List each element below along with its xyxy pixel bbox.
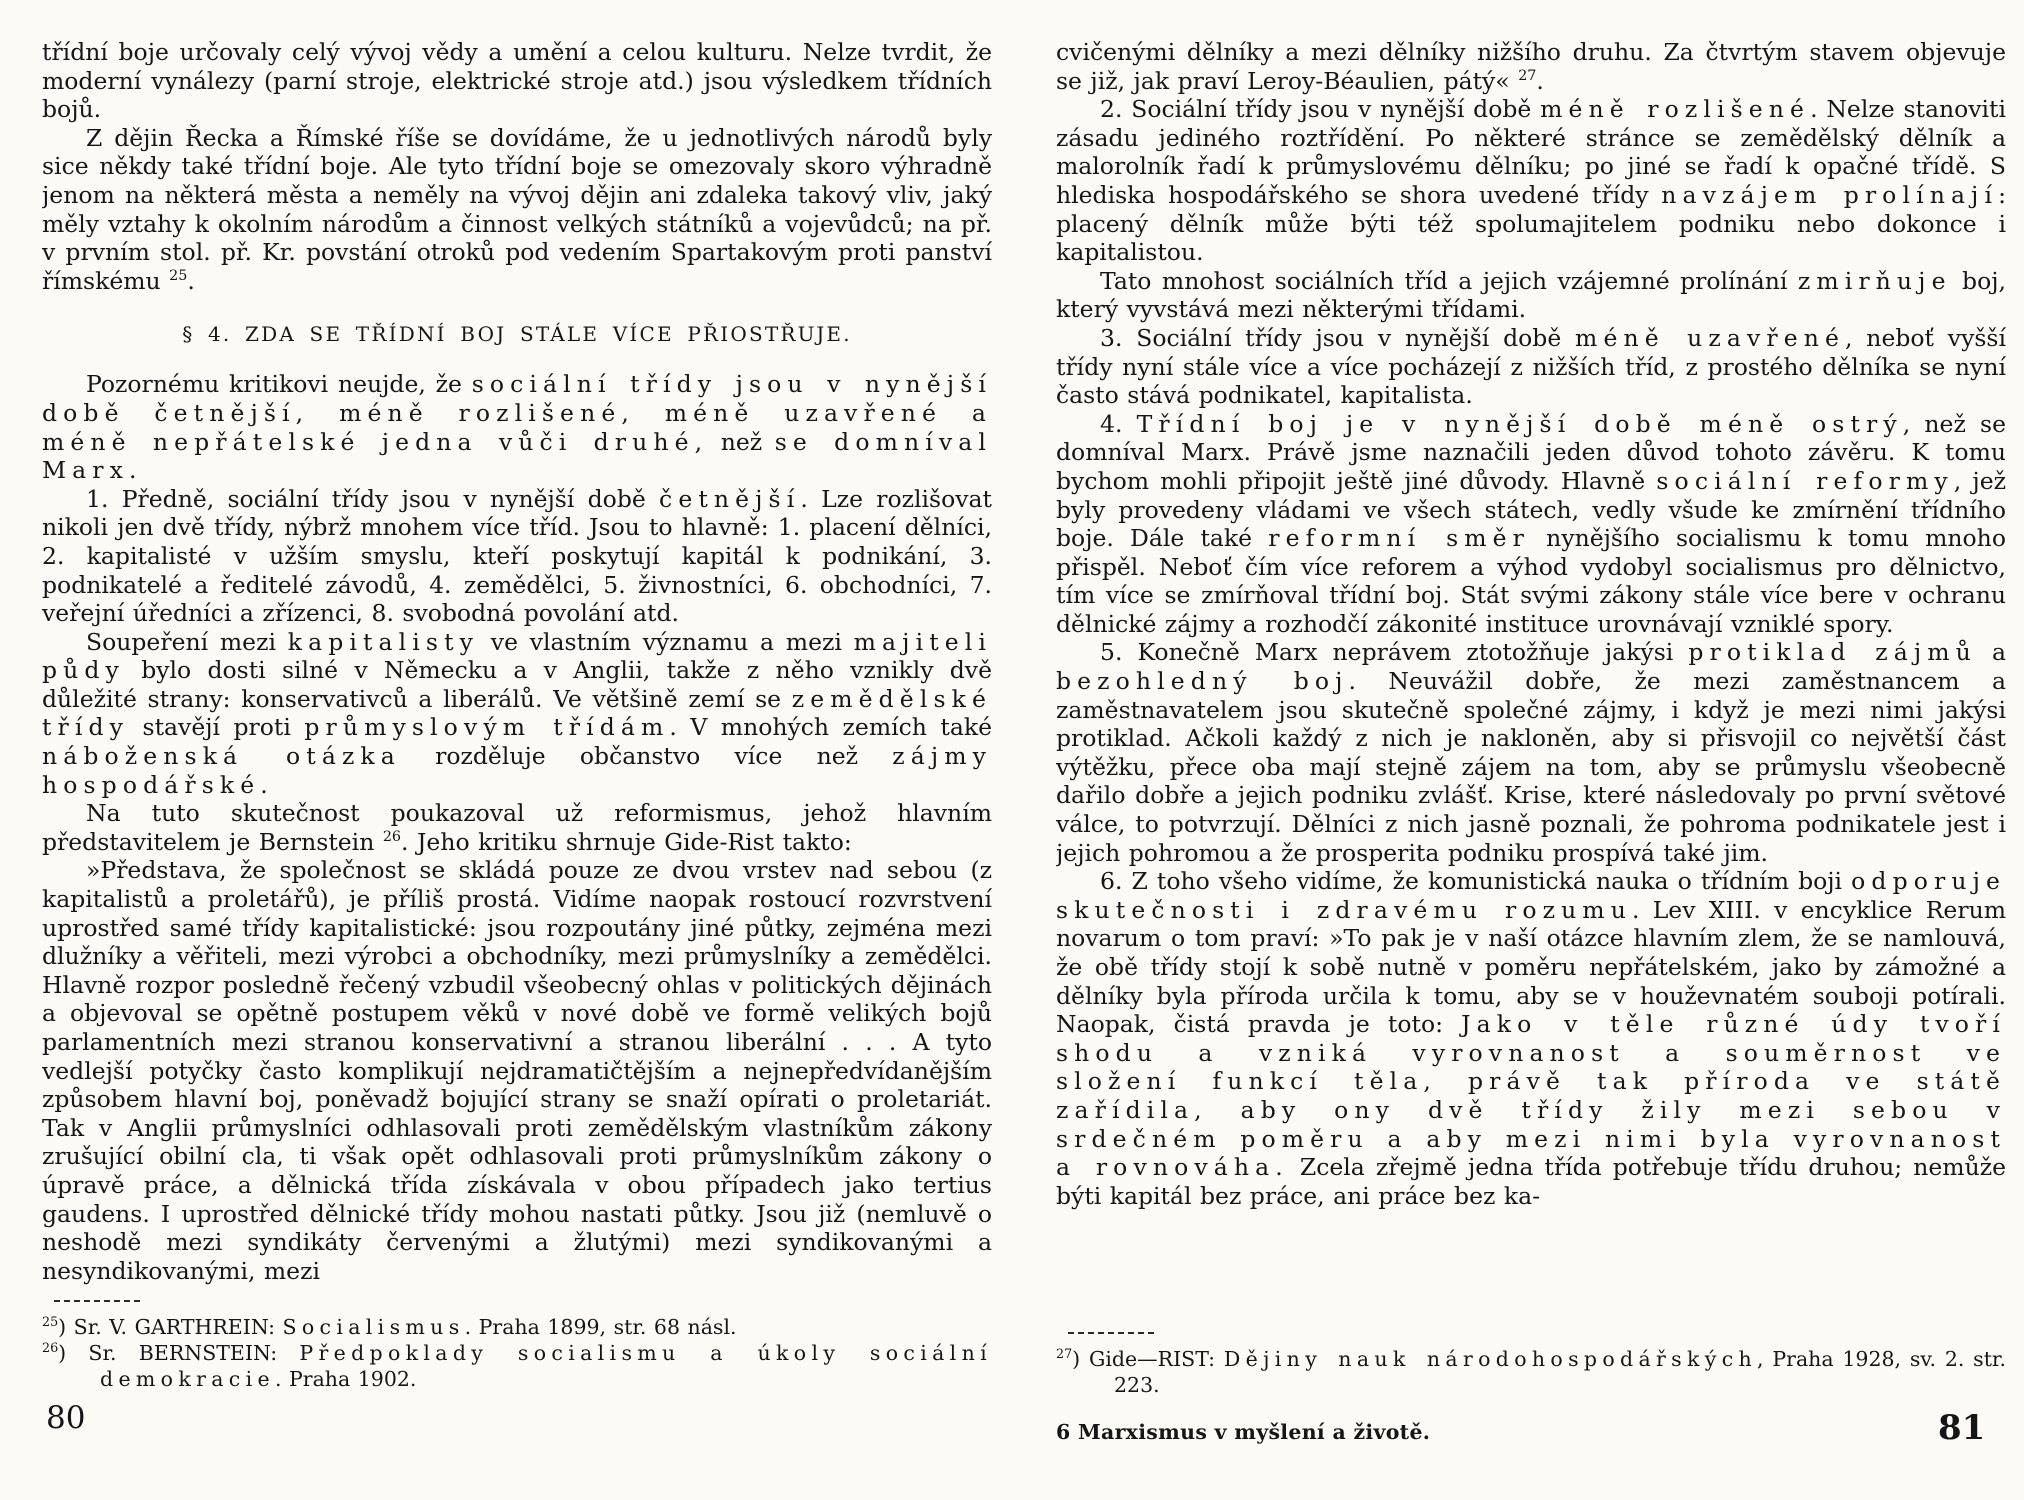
emphasis-text: Socialismus: [283, 1315, 465, 1339]
emphasis-text: kapitalisty: [288, 628, 479, 656]
footnote-block-right: 27) Gide—RIST: Dějiny nauk národohospodá…: [1056, 1332, 2006, 1398]
body-text: 4.: [1100, 410, 1137, 438]
emphasis-text: zmirňuje: [1798, 267, 1952, 295]
paragraph: 3. Sociální třídy jsou v nynější době mé…: [1056, 324, 2006, 410]
body-text: ) Sr. BERNSTEIN:: [58, 1341, 299, 1365]
footnote-separator: [54, 1300, 140, 1302]
body-text: 5. Konečně Marx neprávem ztotožňuje jaký…: [1100, 638, 1688, 666]
paragraph: Soupeření mezi kapitalisty ve vlastním v…: [42, 628, 992, 800]
body-text: Soupeření mezi: [86, 628, 288, 656]
body-text: . Praha 1899, str. 68 násl.: [465, 1315, 737, 1339]
emphasis-text: četnější: [659, 485, 800, 513]
emphasis-text: sociální reformy: [1656, 467, 1953, 495]
body-text: Pozornému kritikovi neujde, že: [86, 370, 472, 398]
footnote-reference: 25: [169, 268, 187, 284]
emphasis-text: náboženská otázka: [42, 742, 401, 770]
page-right: cvičenými dělníky a mezi dělníky nižšího…: [1056, 38, 2006, 1303]
emphasis-text: méně rozlišené: [1540, 95, 1810, 123]
paragraph: cvičenými dělníky a mezi dělníky nižšího…: [1056, 38, 2006, 95]
body-text: Tato mnohost sociálních tříd a jejich vz…: [1100, 267, 1798, 295]
paragraph: 5. Konečně Marx neprávem ztotožňuje jaký…: [1056, 638, 2006, 867]
footnote: 26) Sr. BERNSTEIN: Předpoklady socialism…: [42, 1340, 992, 1392]
body-text: . Jeho kritiku shrnuje Gide-Rist takto:: [401, 828, 852, 856]
page-left-body: třídní boje určovaly celý vývoj vědy a u…: [42, 38, 992, 1303]
paragraph: Z dějin Řecka a Římské říše se dovídáme,…: [42, 124, 992, 296]
footnote-separator: [1068, 1332, 1154, 1334]
footnote: 25) Sr. V. GARTHREIN: Socialismus. Praha…: [42, 1314, 992, 1340]
paragraph: 2. Sociální třídy jsou v nynější době mé…: [1056, 95, 2006, 267]
body-text: »Představa, že společnost se skládá pouz…: [42, 856, 992, 1284]
body-text: cvičenými dělníky a mezi dělníky nižšího…: [1056, 38, 2006, 95]
body-text: rozděluje občanstvo více než: [401, 742, 892, 770]
footnote-block-left: 25) Sr. V. GARTHREIN: Socialismus. Praha…: [42, 1300, 992, 1392]
page-number-left: 80: [46, 1400, 85, 1436]
emphasis-text: méně uzavřené: [1575, 324, 1845, 352]
emphasis-text: průmyslovým třídám: [304, 713, 669, 741]
body-text: a: [1977, 638, 2006, 666]
footnote-reference: 26: [383, 829, 401, 845]
footnotes-right: 27) Gide—RIST: Dějiny nauk národohospodá…: [1056, 1346, 2006, 1398]
paragraph: třídní boje určovaly celý vývoj vědy a u…: [42, 38, 992, 124]
body-text: ) Sr. V. GARTHREIN:: [58, 1315, 282, 1339]
body-text: 2. Sociální třídy jsou v nynější době: [1100, 95, 1540, 123]
footnote-reference: 27: [1518, 68, 1536, 84]
paragraph: Tato mnohost sociálních tříd a jejich vz…: [1056, 267, 2006, 324]
body-text: ve vlastním významu a mezi: [479, 628, 854, 656]
body-text: . Praha 1902.: [275, 1367, 416, 1391]
emphasis-text: protiklad zájmů: [1688, 638, 1977, 666]
footnote: 27) Gide—RIST: Dějiny nauk národohospodá…: [1056, 1346, 2006, 1398]
footnote-marker: 27: [1056, 1346, 1072, 1361]
page-left: třídní boje určovaly celý vývoj vědy a u…: [42, 38, 992, 1303]
body-text: ) Gide—RIST:: [1072, 1347, 1224, 1371]
body-text: 1. Předně, sociální třídy jsou v nynější…: [86, 485, 659, 513]
paragraph: 4. Třídní boj je v nynější době méně ost…: [1056, 410, 2006, 639]
body-text: stavějí proti: [129, 713, 304, 741]
body-text: .: [260, 771, 267, 799]
body-text: třídní boje určovaly celý vývoj vědy a u…: [42, 38, 992, 123]
paragraph: Na tuto skutečnost poukazoval už reformi…: [42, 799, 992, 856]
body-text: .: [187, 267, 194, 295]
footnote-marker: 25: [42, 1314, 58, 1329]
body-text: .: [1536, 67, 1543, 95]
body-text: než: [708, 428, 775, 456]
paragraph: 6. Z toho všeho vidíme, že komunistická …: [1056, 867, 2006, 1210]
page-number-right: 81: [1938, 1408, 1985, 1448]
paragraph: 1. Předně, sociální třídy jsou v nynější…: [42, 485, 992, 628]
emphasis-text: Třídní boj je v nynější době méně ostrý: [1137, 410, 1903, 438]
footnotes-left: 25) Sr. V. GARTHREIN: Socialismus. Praha…: [42, 1314, 992, 1392]
paragraph: »Představa, že společnost se skládá pouz…: [42, 856, 992, 1285]
body-text: 6. Z toho všeho vidíme, že komunistická …: [1100, 867, 1851, 895]
body-text: . V mnohých zemích také: [669, 713, 992, 741]
body-text: . Neuvážil dobře, že mezi zaměstnancem a…: [1056, 667, 2006, 867]
book-spread: třídní boje určovaly celý vývoj vědy a u…: [0, 0, 2024, 1500]
emphasis-text: reformní směr: [1268, 524, 1530, 552]
footnote-marker: 26: [42, 1340, 58, 1355]
page-right-body: cvičenými dělníky a mezi dělníky nižšího…: [1056, 38, 2006, 1303]
emphasis-text: navzájem prolínají: [1661, 181, 1998, 209]
section-heading: § 4. ZDA SE TŘÍDNÍ BOJ STÁLE VÍCE PŘIOST…: [42, 322, 992, 346]
paragraph: Pozornému kritikovi neujde, že sociální …: [42, 370, 992, 484]
body-text: 3. Sociální třídy jsou v nynější době: [1100, 324, 1575, 352]
emphasis-text: bezohledný boj: [1056, 667, 1349, 695]
signature-note: 6 Marxismus v myšlení a životě.: [1056, 1420, 1430, 1444]
emphasis-text: Dějiny nauk národohospodářských: [1224, 1347, 1757, 1371]
